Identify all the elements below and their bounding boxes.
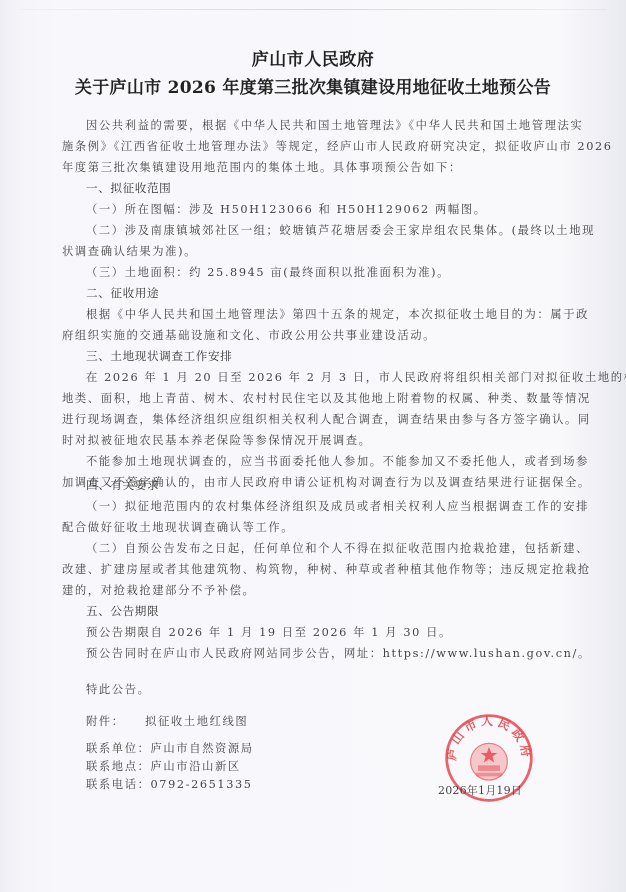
section-line: 预公告同时在庐山市人民政府网站同步公告，网址：https://www.lusha… [86,643,586,664]
section-line: 在 2026 年 1 月 20 日至 2026 年 2 月 3 日，市人民政府将… [86,367,586,388]
signature-date: 2026年1月19日 [438,782,522,798]
section-line: （一）所在图幅：涉及 H50H123066 和 H50H129062 两幅图。 [86,199,586,220]
contact-label: 联系单位： [86,742,151,755]
section-line: 进行现场调查，集体经济组织应组织相关权利人配合调查，调查结果由参与各方签字确认。… [62,409,562,430]
section-heading-period: 五、公告期限 [86,601,586,622]
attachment-label: 附件： [86,715,125,728]
section-line: 改建、扩建房屋或者其他建筑物、构筑物，种树、种草或者种植其他作物等；违反规定抢栽… [62,559,562,580]
contact-label: 联系电话： [86,778,151,791]
section-line: （二）自预公告发布之日起，任何单位和个人不得在拟征收范围内抢栽抢建，包括新建、 [86,538,586,559]
contact-value: 0792-2651335 [151,778,253,791]
intro-line: 因公共利益的需要，根据《中华人民共和国土地管理法》《中华人民共和国土地管理法实 [86,115,586,136]
section-line: 状调查确认结果为准)。 [62,241,562,262]
section-line: 府组织实施的交通基础设施和文化、市政公用公共事业建设活动。 [62,325,562,346]
section-line: 时对拟被征地农民基本养老保险等参保情况开展调查。 [62,430,562,451]
section-line: （一）拟征地范围内的农村集体经济组织及成员或者相关权利人应当根据调查工作的安排 [86,496,586,517]
section-line: 根据《中华人民共和国土地管理法》第四十五条的规定，本次拟征收土地目的为：属于政 [86,304,586,325]
section-heading-purpose: 二、征收用途 [86,283,586,304]
contact-value: 庐山市沿山新区 [151,760,241,773]
scan-artifact-line [20,9,606,10]
issuer-title: 庐山市人民政府 [0,45,626,70]
intro-line: 施条例》《江西省征收土地管理办法》等规定，经庐山市人民政府研究决定，拟征收庐山市… [62,136,562,157]
scanned-page: 庐山市人民政府 关于庐山市 2026 年度第三批次集镇建设用地征收土地预公告 因… [0,0,626,892]
section-heading-survey: 三、土地现状调查工作安排 [86,346,586,367]
section-line: 配合做好征收土地现状调查确认等工作。 [62,517,562,538]
attachment-link[interactable]: 拟征收土地红线图 [145,715,248,728]
section-heading-requirements: 四、有关要求 [86,475,586,496]
section-line: 地类、面积，地上青苗、树木、农村村民住宅以及其他地上附着物的权属、种类、数量等情… [62,388,562,409]
notice-title: 关于庐山市 2026 年度第三批次集镇建设用地征收土地预公告 [0,73,626,98]
contact-value: 庐山市自然资源局 [151,742,254,755]
section-line: 预公告期限自 2026 年 1 月 19 日至 2026 年 1 月 30 日。 [86,622,586,643]
intro-line: 年度第三批次集镇建设用地范围内的集体土地。具体事项预公告如下： [62,157,562,178]
section-line: 不能参加土地现状调查的，应当书面委托他人参加。不能参加又不委托他人，或者到场参 [86,451,586,472]
section-line: （三）土地面积：约 25.8945 亩(最终面积以批准面积为准)。 [86,262,586,283]
section-heading-scope: 一、拟征收范围 [86,178,586,199]
closing-text: 特此公告。 [86,679,586,700]
contact-label: 联系地点： [86,760,151,773]
section-line: 建的，对抢栽抢建部分不予补偿。 [62,580,562,601]
section-line: （二）涉及南康镇城郊社区一组；蛟塘镇芦花塘居委会王家岸组农民集体。(最终以土地现 [86,220,586,241]
